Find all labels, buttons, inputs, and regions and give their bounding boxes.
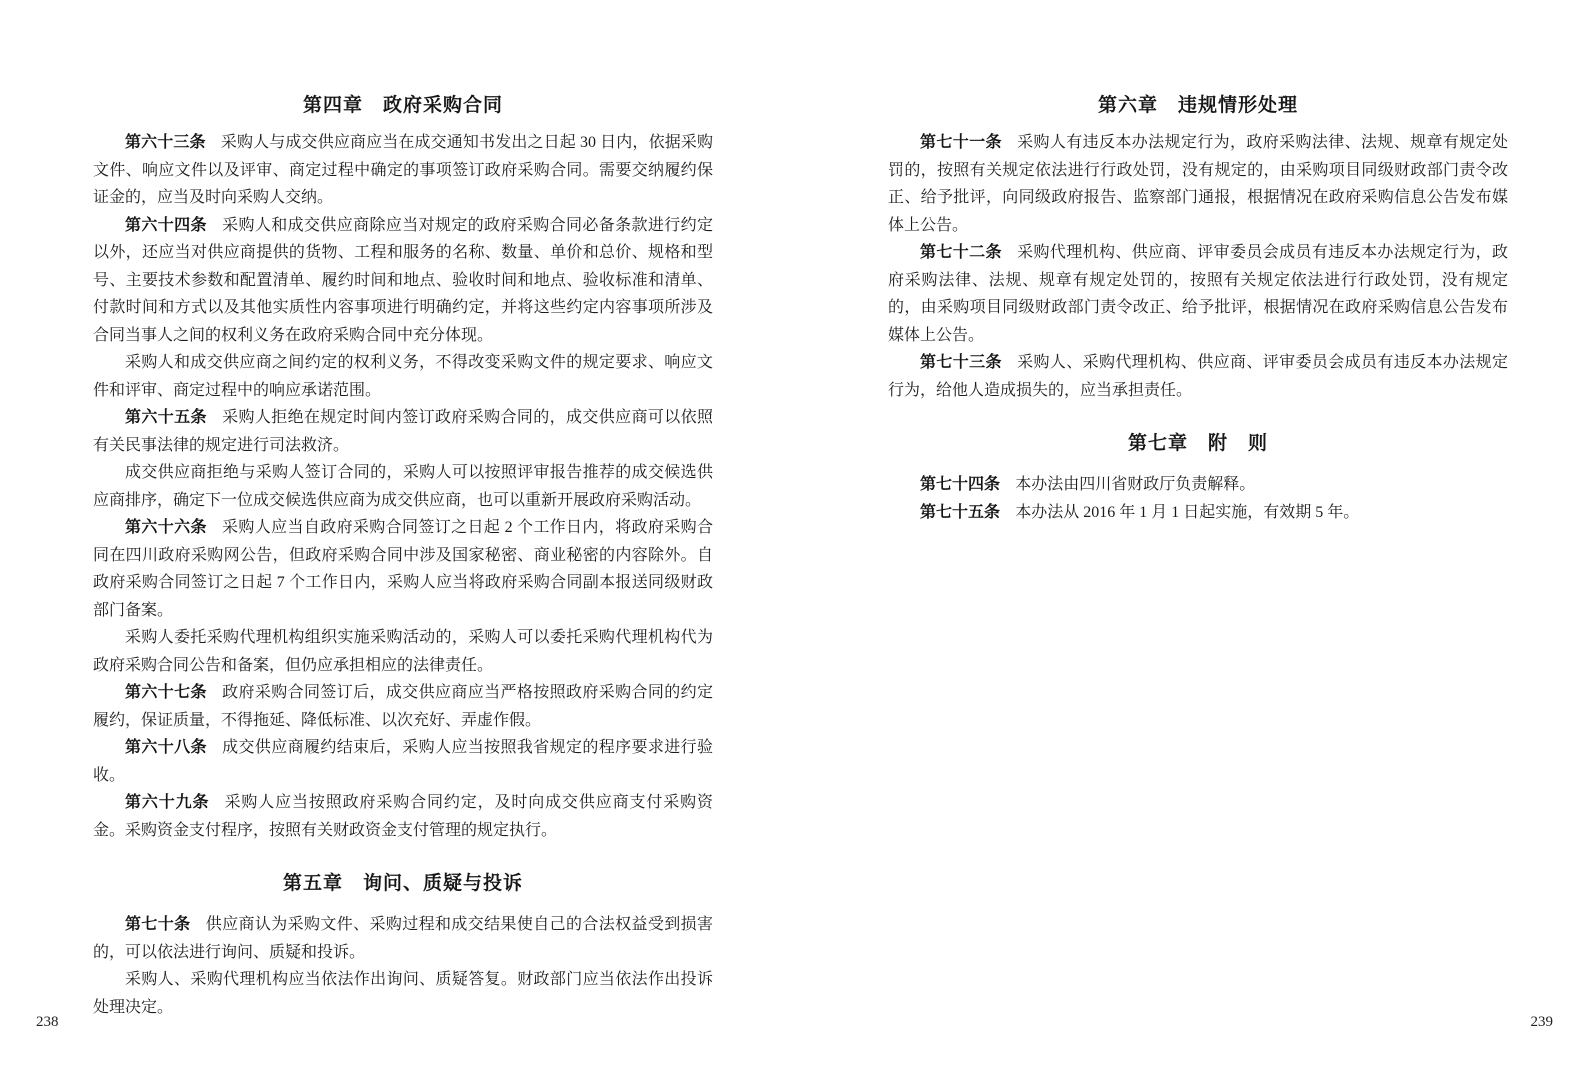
article-number: 第七十三条 bbox=[920, 354, 1002, 371]
page-content: 第六章 违规情形处理第七十一条采购人有违反本办法规定行为，政府采购法律、法规、规… bbox=[888, 92, 1508, 526]
article-number: 第六十七条 bbox=[125, 684, 207, 701]
article-paragraph: 第六十六条采购人应当自政府采购合同签订之日起 2 个工作日内，将政府采购合同在四… bbox=[93, 514, 713, 624]
book-page-left: 第四章 政府采购合同第六十三条采购人与成交供应商应当在成交通知书发出之日起 30… bbox=[93, 92, 713, 1021]
article-paragraph: 采购人委托采购代理机构组织实施采购活动的，采购人可以委托采购代理机构代为政府采购… bbox=[93, 624, 713, 679]
article-number: 第六十三条 bbox=[125, 134, 206, 151]
article-paragraph: 第六十七条政府采购合同签订后，成交供应商应当严格按照政府采购合同的约定履约，保证… bbox=[93, 679, 713, 734]
article-number: 第七十二条 bbox=[920, 244, 1002, 261]
article-number: 第六十四条 bbox=[125, 217, 207, 234]
article-paragraph: 第七十五条本办法从 2016 年 1 月 1 日起实施，有效期 5 年。 bbox=[888, 499, 1508, 527]
article-paragraph: 第六十八条成交供应商履约结束后，采购人应当按照我省规定的程序要求进行验收。 bbox=[93, 734, 713, 789]
article-paragraph: 第六十五条采购人拒绝在规定时间内签订政府采购合同的，成交供应商可以依照有关民事法… bbox=[93, 404, 713, 459]
article-number: 第七十四条 bbox=[920, 476, 1000, 493]
article-paragraph: 第七十二条采购代理机构、供应商、评审委员会成员有违反本办法规定行为，政府采购法律… bbox=[888, 239, 1508, 349]
article-paragraph: 第六十九条采购人应当按照政府采购合同约定，及时向成交供应商支付采购资金。采购资金… bbox=[93, 789, 713, 844]
article-paragraph: 采购人、采购代理机构应当依法作出询问、质疑答复。财政部门应当依法作出投诉处理决定… bbox=[93, 966, 713, 1021]
article-number: 第七十条 bbox=[125, 916, 191, 933]
article-text: 本办法由四川省财政厅负责解释。 bbox=[1015, 476, 1255, 493]
article-number: 第七十五条 bbox=[920, 504, 1000, 521]
article-number: 第六十五条 bbox=[125, 409, 207, 426]
article-paragraph: 第七十四条本办法由四川省财政厅负责解释。 bbox=[888, 471, 1508, 499]
book-page-right: 第六章 违规情形处理第七十一条采购人有违反本办法规定行为，政府采购法律、法规、规… bbox=[888, 92, 1508, 526]
page-number: 238 bbox=[36, 1013, 59, 1031]
article-paragraph: 第七十条供应商认为采购文件、采购过程和成交结果使自己的合法权益受到损害的，可以依… bbox=[93, 911, 713, 966]
book-spread: 第四章 政府采购合同第六十三条采购人与成交供应商应当在成交通知书发出之日起 30… bbox=[0, 0, 1587, 1077]
page-content: 第四章 政府采购合同第六十三条采购人与成交供应商应当在成交通知书发出之日起 30… bbox=[93, 92, 713, 1021]
article-number: 第六十八条 bbox=[125, 739, 207, 756]
page-number: 239 bbox=[1531, 1013, 1554, 1031]
article-text: 本办法从 2016 年 1 月 1 日起实施，有效期 5 年。 bbox=[1015, 504, 1359, 521]
article-paragraph: 采购人和成交供应商之间约定的权利义务，不得改变采购文件的规定要求、响应文件和评审… bbox=[93, 349, 713, 404]
article-paragraph: 第六十四条采购人和成交供应商除应当对规定的政府采购合同必备条款进行约定以外，还应… bbox=[93, 212, 713, 350]
article-paragraph: 第六十三条采购人与成交供应商应当在成交通知书发出之日起 30 日内，依据采购文件… bbox=[93, 129, 713, 212]
article-text: 采购人和成交供应商除应当对规定的政府采购合同必备条款进行约定以外，还应当对供应商… bbox=[93, 217, 713, 344]
chapter-heading: 第五章 询问、质疑与投诉 bbox=[93, 870, 713, 898]
article-paragraph: 成交供应商拒绝与采购人签订合同的，采购人可以按照评审报告推荐的成交候选供应商排序… bbox=[93, 459, 713, 514]
article-number: 第六十九条 bbox=[125, 794, 209, 811]
article-paragraph: 第七十一条采购人有违反本办法规定行为，政府采购法律、法规、规章有规定处罚的，按照… bbox=[888, 129, 1508, 239]
article-paragraph: 第七十三条采购人、采购代理机构、供应商、评审委员会成员有违反本办法规定行为，给他… bbox=[888, 349, 1508, 404]
article-number: 第七十一条 bbox=[920, 134, 1002, 151]
chapter-heading: 第七章 附 则 bbox=[888, 430, 1508, 458]
article-number: 第六十六条 bbox=[125, 519, 207, 536]
chapter-heading: 第六章 违规情形处理 bbox=[888, 92, 1508, 120]
chapter-heading: 第四章 政府采购合同 bbox=[93, 92, 713, 120]
